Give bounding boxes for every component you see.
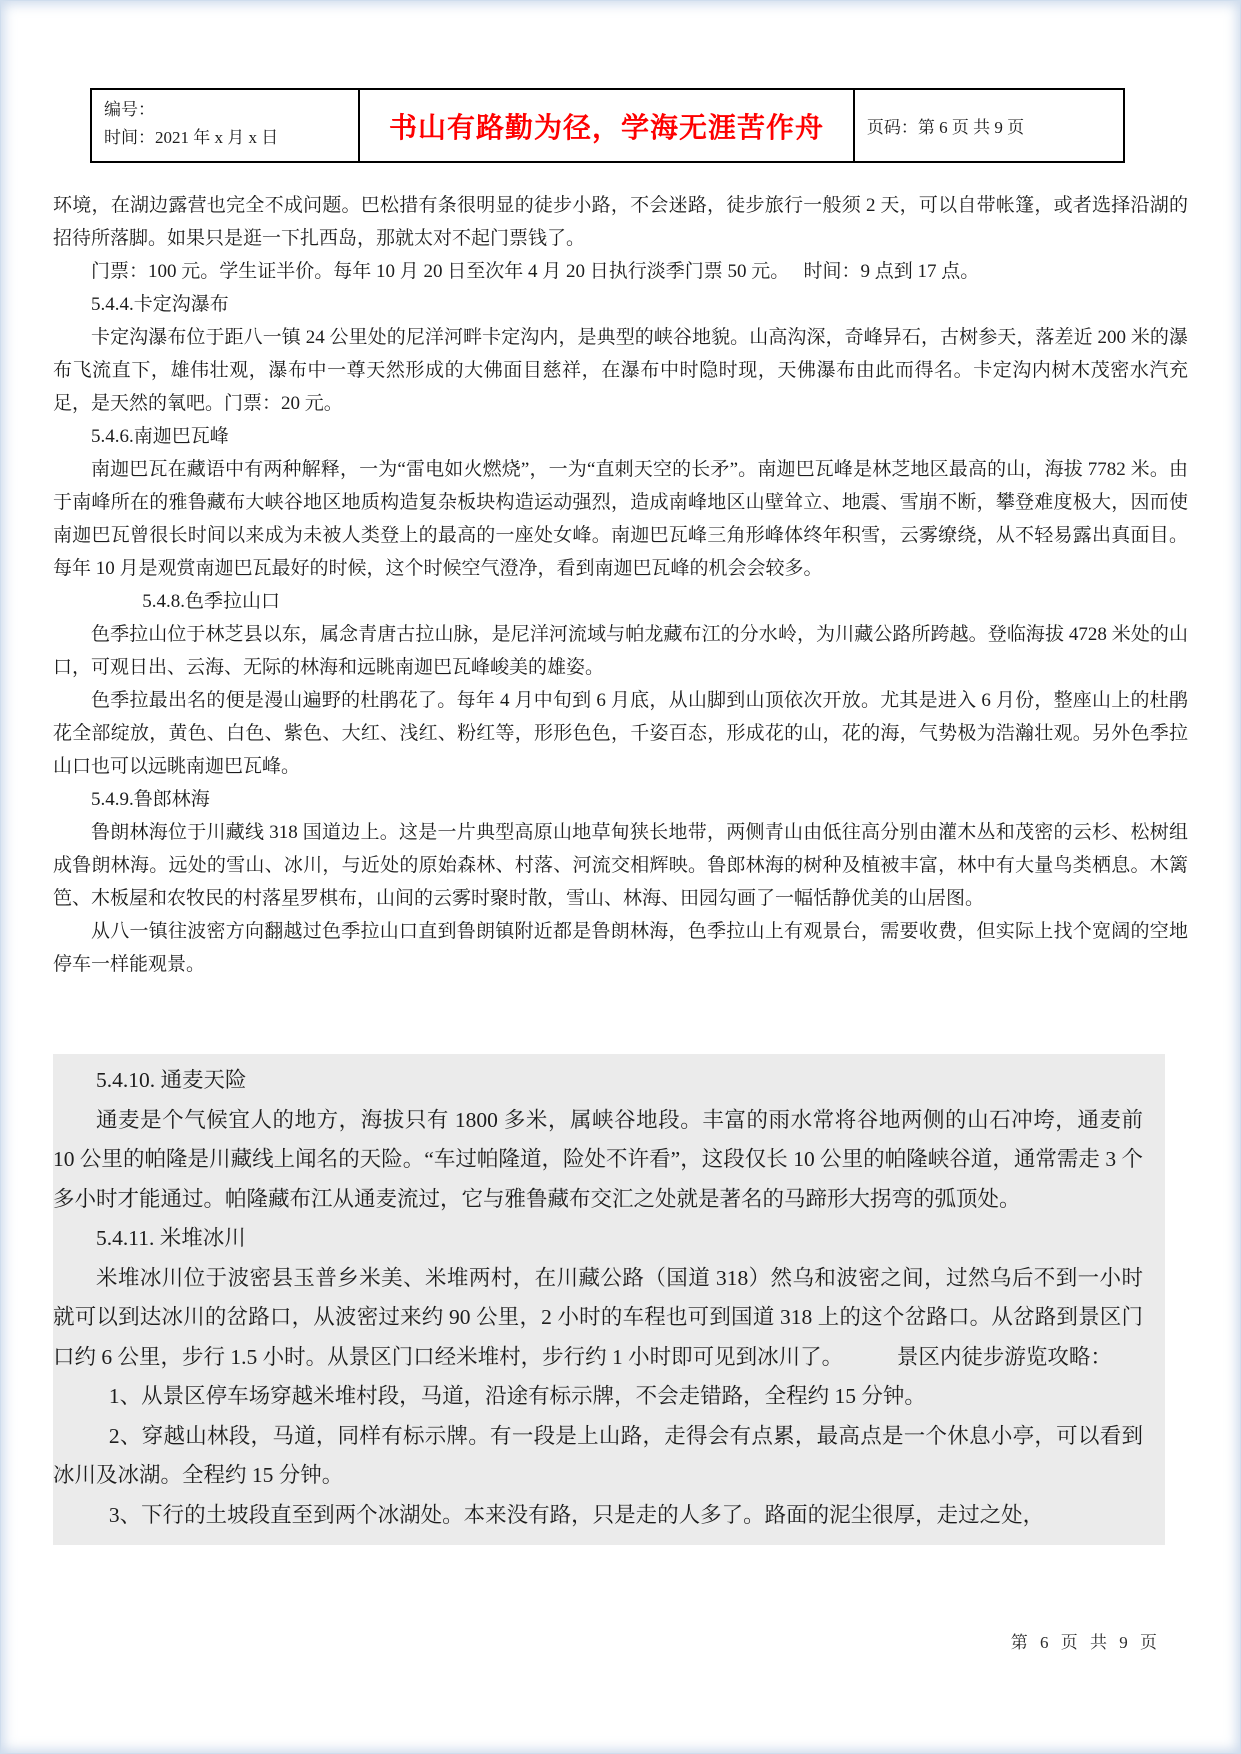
header-table: 编号： 时间：2021 年 x 月 x 日 书山有路勤为径，学海无涯苦作舟 页码… — [90, 88, 1125, 163]
paragraph: 南迦巴瓦在藏语中有两种解释，一为“雷电如火燃烧”，一为“直刺天空的长矛”。南迦巴… — [53, 453, 1188, 585]
section-heading: 5.4.10. 通麦天险 — [53, 1061, 1143, 1101]
list-item: 2、穿越山林段，马道，同样有标示牌。有一段是上山路，走得会有点累，最高点是一个休… — [53, 1417, 1143, 1496]
paragraph: 米堆冰川位于波密县玉普乡米美、米堆两村，在川藏公路（国道 318）然乌和波密之间… — [53, 1259, 1143, 1378]
paragraph: 通麦是个气候宜人的地方，海拔只有 1800 多米，属峡谷地段。丰富的雨水常将谷地… — [53, 1101, 1143, 1220]
paragraph: 门票：100 元。学生证半价。每年 10 月 20 日至次年 4 月 20 日执… — [53, 255, 1188, 288]
list-item: 3、下行的土坡段直至到两个冰湖处。本来没有路，只是走的人多了。路面的泥尘很厚，走… — [53, 1496, 1143, 1536]
highlighted-section: 5.4.10. 通麦天险通麦是个气候宜人的地方，海拔只有 1800 多米，属峡谷… — [53, 1054, 1165, 1545]
doc-number-label: 编号： — [104, 96, 348, 124]
section-heading: 5.4.11. 米堆冰川 — [53, 1219, 1143, 1259]
body-text: 环境，在湖边露营也完全不成问题。巴松措有条很明显的徒步小路，不会迷路，徒步旅行一… — [53, 189, 1188, 981]
section-heading: 5.4.6.南迦巴瓦峰 — [53, 420, 1188, 453]
page-footer: 第 6 页 共 9 页 — [1011, 1628, 1161, 1653]
section-heading: 5.4.8.色季拉山口 — [53, 585, 1188, 618]
list-item: 1、从景区停车场穿越米堆村段，马道，沿途有标示牌，不会走错路，全程约 15 分钟… — [53, 1377, 1143, 1417]
paragraph: 从八一镇往波密方向翻越过色季拉山口直到鲁朗镇附近都是鲁朗林海，色季拉山上有观景台… — [53, 915, 1188, 981]
header-cell-page: 页码：第 6 页 共 9 页 — [855, 90, 1123, 161]
paragraph: 环境，在湖边露营也完全不成问题。巴松措有条很明显的徒步小路，不会迷路，徒步旅行一… — [53, 189, 1188, 255]
header-cell-slogan: 书山有路勤为径，学海无涯苦作舟 — [360, 90, 855, 161]
paragraph: 色季拉山位于林芝县以东，属念青唐古拉山脉，是尼洋河流域与帕龙藏布江的分水岭，为川… — [53, 618, 1188, 684]
section-heading: 5.4.4.卡定沟瀑布 — [53, 288, 1188, 321]
header-cell-meta: 编号： 时间：2021 年 x 月 x 日 — [92, 90, 360, 161]
doc-time-label: 时间：2021 年 x 月 x 日 — [104, 124, 348, 152]
section-heading: 5.4.9.鲁郎林海 — [53, 783, 1188, 816]
paragraph: 鲁朗林海位于川藏线 318 国道边上。这是一片典型高原山地草甸狭长地带，两侧青山… — [53, 816, 1188, 915]
page-number-label: 页码：第 6 页 共 9 页 — [867, 113, 1024, 138]
paragraph: 卡定沟瀑布位于距八一镇 24 公里处的尼洋河畔卡定沟内，是典型的峡谷地貌。山高沟… — [53, 321, 1188, 420]
paragraph: 色季拉最出名的便是漫山遍野的杜鹃花了。每年 4 月中旬到 6 月底，从山脚到山顶… — [53, 684, 1188, 783]
header-slogan: 书山有路勤为径，学海无涯苦作舟 — [389, 106, 824, 146]
